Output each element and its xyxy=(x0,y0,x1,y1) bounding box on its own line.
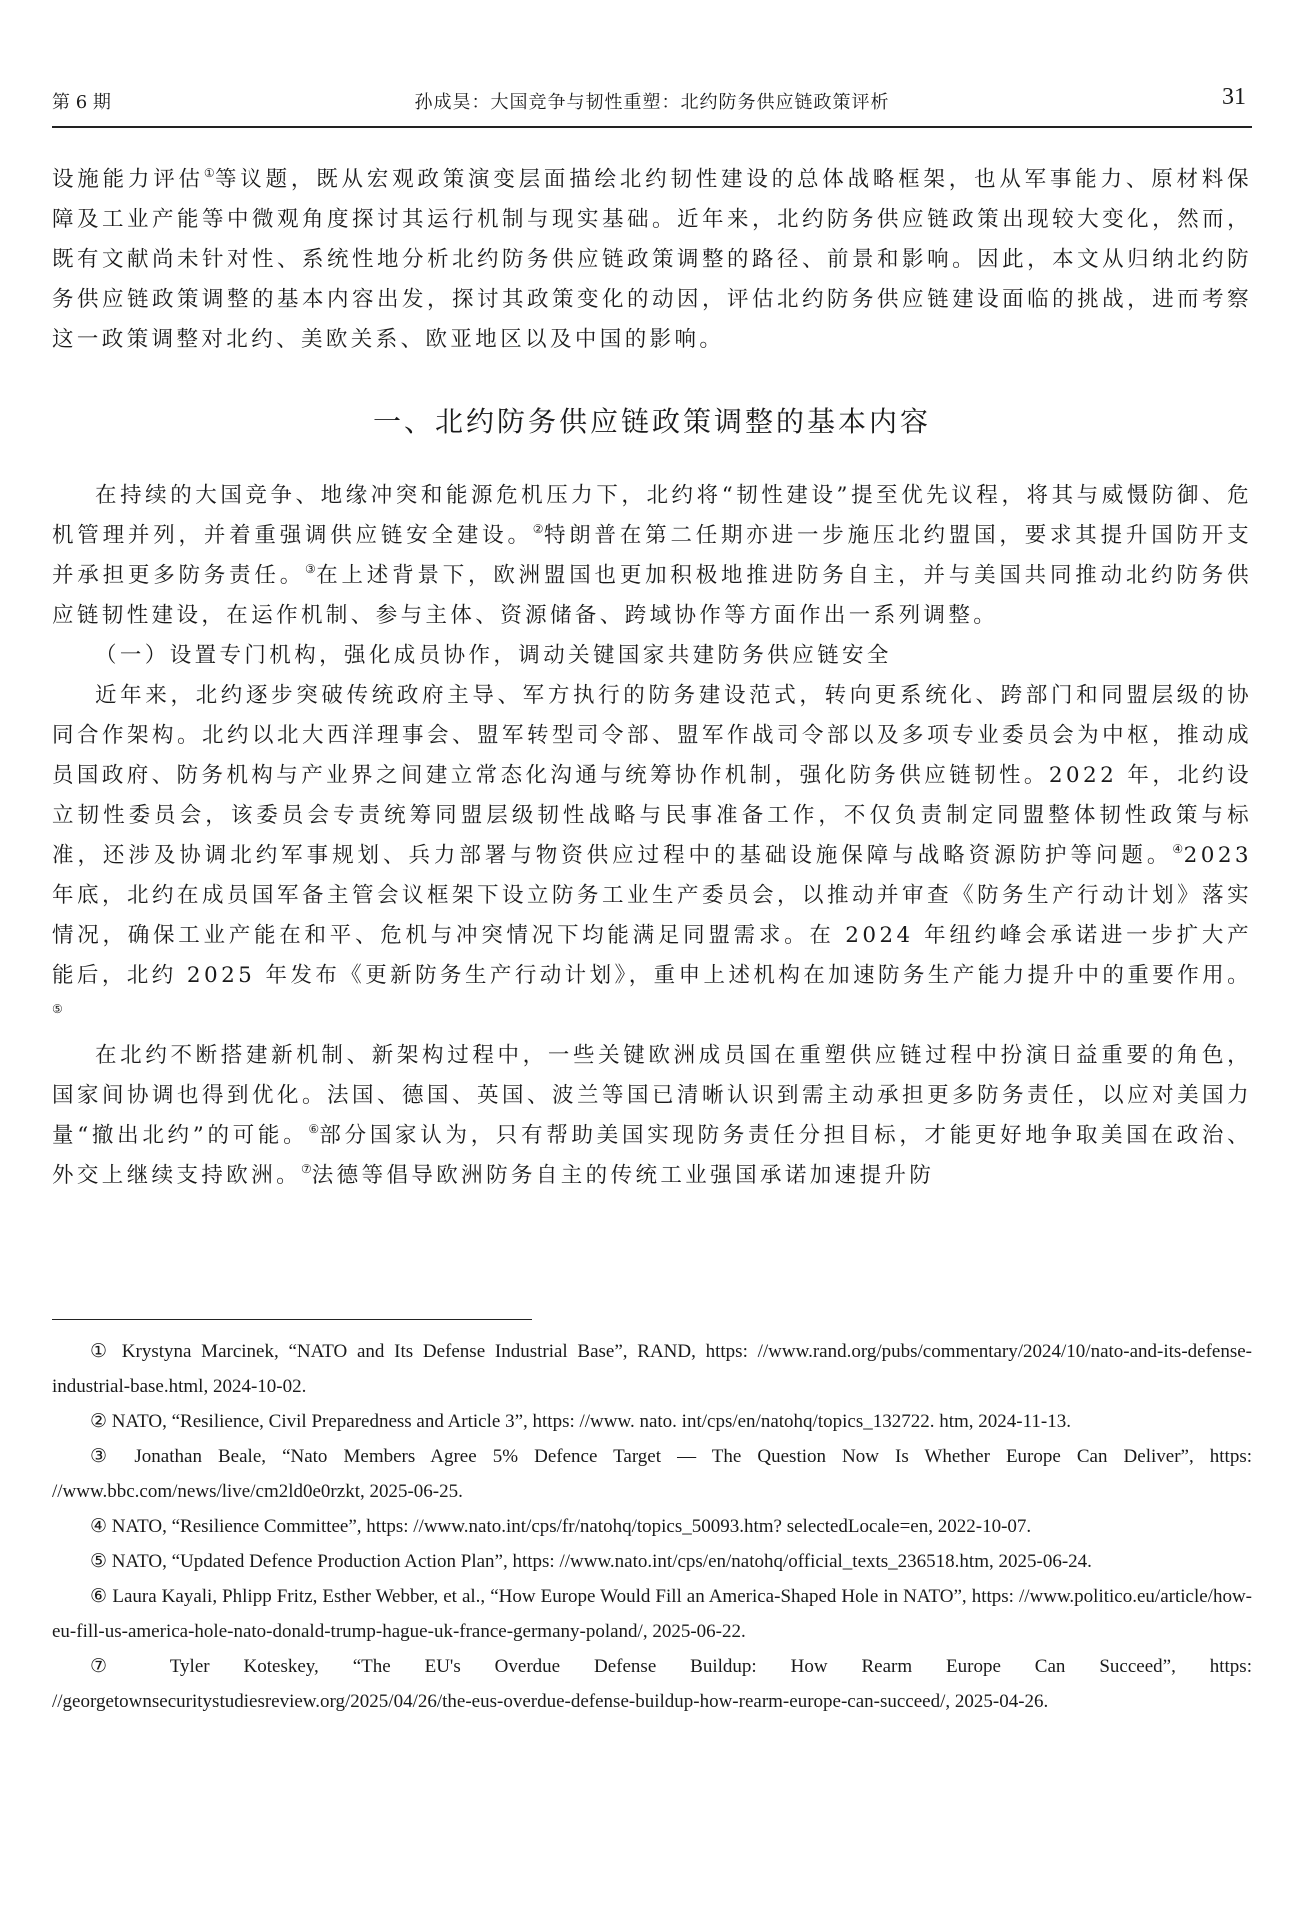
footnote-separator xyxy=(52,1319,532,1320)
footnote-ref-2[interactable]: ② xyxy=(533,522,544,536)
footnote-ref-4[interactable]: ④ xyxy=(1172,842,1183,856)
article-body: 设施能力评估①等议题，既从宏观政策演变层面描绘北约韧性建设的总体战略框架，也从军… xyxy=(52,160,1252,1196)
paragraph-2: 近年来，北约逐步突破传统政府主导、军方执行的防务建设范式，转向更系统化、跨部门和… xyxy=(52,676,1252,1036)
footnote-1: ① Krystyna Marcinek, “NATO and Its Defen… xyxy=(52,1334,1252,1404)
footnote-ref-7[interactable]: ⑦ xyxy=(301,1162,312,1176)
page-header: 第 6 期 孙成昊：大国竞争与韧性重塑：北约防务供应链政策评析 31 xyxy=(52,84,1252,124)
running-title: 孙成昊：大国竞争与韧性重塑：北约防务供应链政策评析 xyxy=(52,88,1252,114)
header-rule xyxy=(52,126,1252,128)
intro-paragraph: 设施能力评估①等议题，既从宏观政策演变层面描绘北约韧性建设的总体战略框架，也从军… xyxy=(52,160,1252,360)
footnote-ref-1[interactable]: ① xyxy=(204,166,215,180)
footnote-7: ⑦ Tyler Koteskey, “The EU's Overdue Defe… xyxy=(52,1649,1252,1719)
footnote-5: ⑤ NATO, “Updated Defence Production Acti… xyxy=(52,1544,1252,1579)
footnotes: ① Krystyna Marcinek, “NATO and Its Defen… xyxy=(52,1334,1252,1719)
subsection-title: （一）设置专门机构，强化成员协作，调动关键国家共建防务供应链安全 xyxy=(52,636,1252,676)
footnote-ref-6[interactable]: ⑥ xyxy=(308,1122,319,1136)
footnote-6: ⑥ Laura Kayali, Phlipp Fritz, Esther Web… xyxy=(52,1579,1252,1649)
footnote-ref-5[interactable]: ⑤ xyxy=(52,1002,63,1016)
footnote-4: ④ NATO, “Resilience Committee”, https: /… xyxy=(52,1509,1252,1544)
footnote-3: ③ Jonathan Beale, “Nato Members Agree 5%… xyxy=(52,1439,1252,1509)
footnote-2: ② NATO, “Resilience, Civil Preparedness … xyxy=(52,1404,1252,1439)
section-title: 一、北约防务供应链政策调整的基本内容 xyxy=(52,402,1252,442)
page-number: 31 xyxy=(1222,84,1246,111)
footnote-ref-3[interactable]: ③ xyxy=(305,562,316,576)
paragraph-1: 在持续的大国竞争、地缘冲突和能源危机压力下，北约将“韧性建设”提至优先议程，将其… xyxy=(52,476,1252,636)
paragraph-3: 在北约不断搭建新机制、新架构过程中，一些关键欧洲成员国在重塑供应链过程中扮演日益… xyxy=(52,1036,1252,1196)
